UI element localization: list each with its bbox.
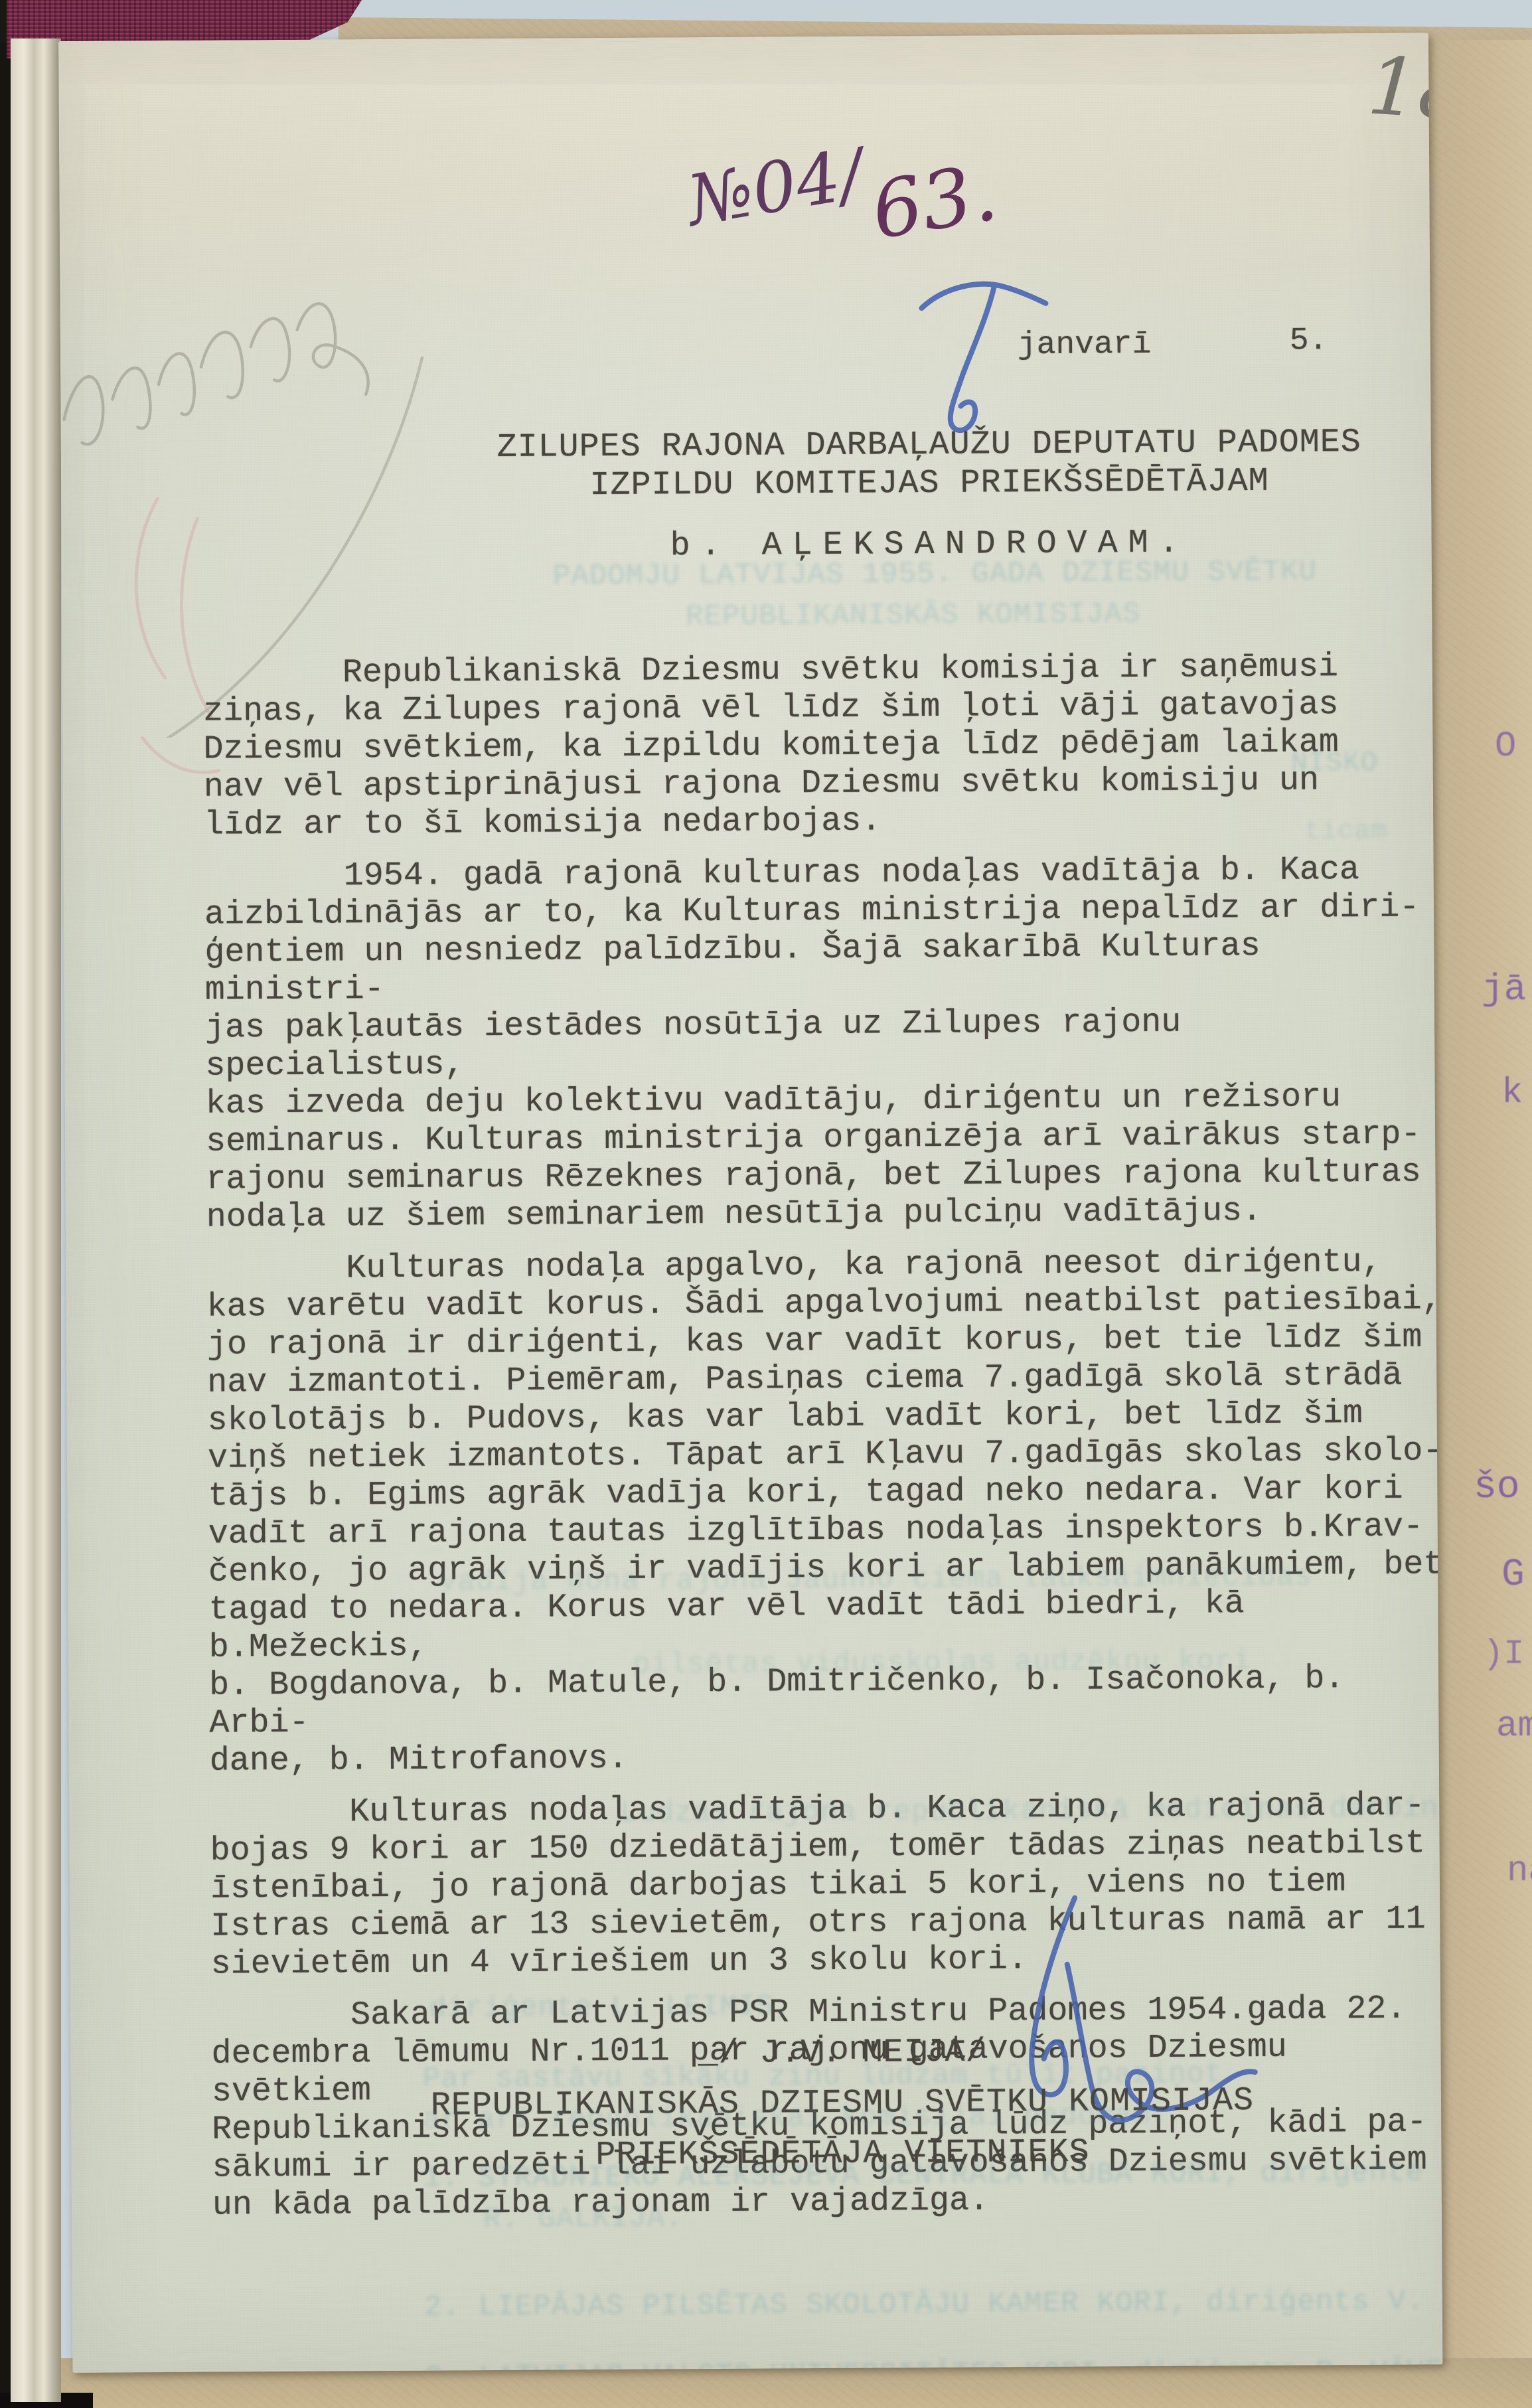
adjacent-page-text-fragment: G. xyxy=(1501,1554,1532,1597)
letter-heading: ZILUPES RAJONA DARBAĻAUŽU DEPUTATU PADOM… xyxy=(433,423,1426,567)
adjacent-page-text-fragment: )I xyxy=(1483,1635,1524,1674)
heading-line-2: IZPILDU KOMITEJAS PRIEKŠSĒDĒTĀJAM xyxy=(433,461,1426,506)
bleedthrough-line: ar arī republikaniskai komisijai padomam… xyxy=(423,2098,1379,2137)
bleedthrough-line: R. GALKIJA. xyxy=(483,2201,802,2236)
typed-paragraph: 1954. gadā rajonā kulturas nodaļas vadīt… xyxy=(204,850,1443,1236)
bleedthrough-line: REPUBLIKANISKĀS KOMISIJAS xyxy=(686,597,1257,633)
bleedthrough-line: Par sastāvu sīkāku ziņu lūdzam tūlīt paz… xyxy=(423,2056,1432,2095)
bleedthrough-line: ticam xyxy=(1304,816,1437,846)
adjacent-page-text-fragment: k xyxy=(1501,1073,1523,1113)
typed-paragraph: Kulturas nodaļa apgalvo, ka rajonā neeso… xyxy=(206,1243,1442,1780)
book-binding-edge xyxy=(0,0,11,2408)
adjacent-page-text-fragment: jā xyxy=(1482,968,1526,1010)
bleedthrough-line: PADOMJU LATVIJAS 1955. GADA DZIESMU SVĒT… xyxy=(553,554,1442,593)
handwritten-ref-number: №04/ 63. xyxy=(682,112,1003,286)
bleedthrough-line: Ludzas rajona republikaniskā medicīnas d… xyxy=(620,1791,1442,1830)
adjacent-page-text-fragment: O xyxy=(1495,726,1516,767)
ref-number-suffix: 63. xyxy=(866,146,1004,257)
scanned-document-view: { "document_type": "scanned archival typ… xyxy=(0,0,1532,2408)
stacked-page-edges xyxy=(11,39,61,2402)
dateline-number: 5. xyxy=(1290,323,1328,359)
ref-number-prefix: №04/ xyxy=(682,133,869,242)
letter-page: 18 † №04/ 63. janvarī 5. ZILUPES RAJONA … xyxy=(58,33,1442,2373)
bleedthrough-line: 2. LIEPĀJAS PILSĒTAS SKOLOTĀJU KAMER KOR… xyxy=(424,2285,1443,2324)
heading-line-1: ZILUPES RAJONA DARBAĻAUŽU DEPUTATU PADOM… xyxy=(433,423,1426,467)
adjacent-page-text-fragment: šo xyxy=(1474,1466,1520,1509)
typed-paragraph: Republikaniskā Dziesmu svētku komisija i… xyxy=(203,647,1443,844)
dateline-month: janvarī xyxy=(1018,327,1152,363)
bleedthrough-line: vadīja dona rajona Jaunno ciema lauksaim… xyxy=(439,1560,1442,1599)
bleedthrough-line: diriģente L. LEIMIS, xyxy=(429,1988,1026,2025)
bleedthrough-line: NISKO xyxy=(1291,746,1443,779)
adjacent-page-text-fragment: am xyxy=(1496,1706,1532,1747)
bleedthrough-line: 1. STRĀDNIEKU ALEKSEJEVA CENTRĀLĀ KLUBA … xyxy=(423,2156,1443,2196)
bleedthrough-line: pilsētas vidusskolas audzēkņu kori xyxy=(633,1643,1443,1682)
adjacent-page-text-fragment: na xyxy=(1507,1851,1532,1891)
